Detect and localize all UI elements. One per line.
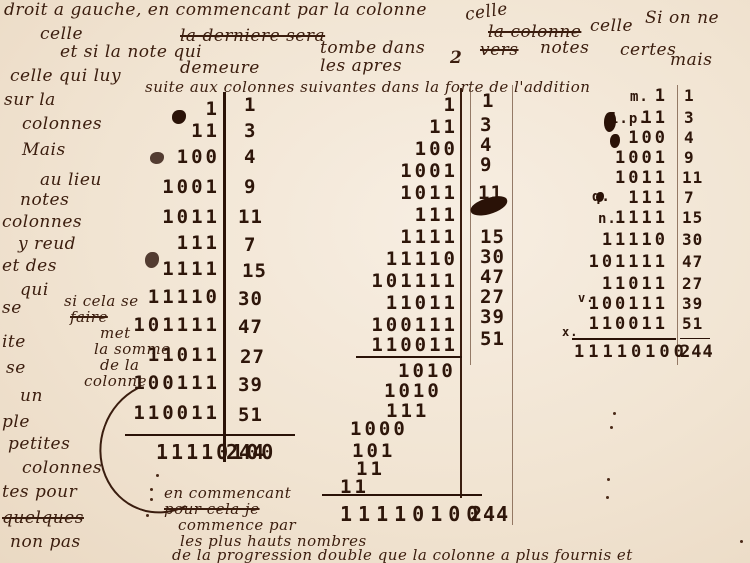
- binary-value: 1011: [615, 170, 668, 187]
- sum-line: [680, 338, 710, 339]
- decimal-value: 51: [238, 406, 263, 425]
- decimal-value: 11: [682, 170, 703, 186]
- decimal-value: 3: [244, 122, 256, 141]
- decimal-value: 27: [480, 288, 505, 307]
- margin-note: se: [6, 360, 26, 377]
- margin-note: se: [2, 300, 22, 317]
- sum-line: [125, 434, 295, 436]
- decimal-value: 3: [480, 116, 492, 135]
- margin-note: au lieu: [40, 172, 102, 189]
- binary-value: 101111: [133, 316, 220, 335]
- dot-mark: [607, 478, 610, 481]
- dot-mark: [150, 498, 153, 501]
- binary-value: 11110: [386, 250, 458, 269]
- header-line-2-c: celle: [464, 1, 509, 24]
- sum-binary: 11110100: [340, 504, 484, 524]
- annotation-line: faire: [70, 310, 108, 325]
- ink-blot: [610, 134, 620, 148]
- header-line-3-d: notes: [540, 40, 589, 57]
- binary-value: 100111: [133, 374, 220, 393]
- sum-line: [572, 338, 676, 340]
- header-line-5-a: celle qui luy: [10, 68, 121, 85]
- ink-blot: [150, 152, 164, 164]
- header-line-4-c: 2: [450, 50, 462, 67]
- decimal-value: 4: [244, 148, 256, 167]
- dot-mark: [606, 496, 609, 499]
- binary-value: 111: [628, 190, 668, 207]
- header-line-4-d: mais: [670, 52, 712, 69]
- decimal-value: 51: [682, 316, 703, 332]
- margin-note: non pas: [10, 534, 81, 551]
- carry-value: 1010: [384, 382, 442, 401]
- margin-note: et des: [2, 258, 57, 275]
- decimal-value: 47: [480, 268, 505, 287]
- sum-decimal: 244: [680, 344, 714, 361]
- binary-value: 1111: [615, 210, 668, 227]
- carry-value: 1010: [398, 362, 456, 381]
- ink-blot: [604, 112, 616, 132]
- binary-value: 1111: [400, 228, 458, 247]
- binary-value: 1011: [162, 208, 220, 227]
- binary-value: 110011: [133, 404, 220, 423]
- margin-note: tes pour: [2, 484, 77, 501]
- decimal-value: 47: [682, 254, 703, 270]
- binary-value: 100111: [589, 296, 668, 313]
- column-divider: [223, 92, 226, 462]
- binary-value: 100111: [371, 316, 458, 335]
- ink-blot: [172, 110, 186, 124]
- dot-mark: [150, 488, 153, 491]
- header-line-1: droit a gauche, en commencant par la col…: [4, 2, 427, 19]
- header-line-3-e: certes: [620, 42, 676, 59]
- margin-note: un: [20, 388, 43, 405]
- binary-value: 1: [444, 96, 458, 115]
- binary-value: 100: [415, 140, 458, 159]
- margin-note: Mais: [22, 142, 66, 159]
- dot-mark: [613, 412, 616, 415]
- header-line-5-b: suite aux colonnes suivantes dans la for…: [145, 80, 590, 95]
- binary-value: 1011: [400, 184, 458, 203]
- decimal-value: 4: [480, 136, 492, 155]
- decimal-value: 4: [684, 130, 695, 146]
- margin-note: ite: [2, 334, 26, 351]
- binary-value: 110011: [371, 336, 458, 355]
- decimal-value: 39: [682, 296, 703, 312]
- binary-value: 11: [429, 118, 458, 137]
- dot-mark: [610, 426, 613, 429]
- sum-decimal: 244: [226, 442, 265, 462]
- binary-value: 11110: [602, 232, 668, 249]
- dot-mark: [156, 474, 159, 477]
- binary-value: 101111: [589, 254, 668, 271]
- row-label: x.: [562, 326, 578, 338]
- carry-value: 1000: [350, 420, 408, 439]
- annotation-line: met: [100, 326, 131, 341]
- column-divider: [460, 88, 462, 498]
- decimal-value: 39: [238, 376, 263, 395]
- binary-value: 11011: [386, 294, 458, 313]
- header-line-4-a: demeure: [180, 60, 260, 77]
- decimal-value: 51: [480, 330, 505, 349]
- margin-note: notes: [20, 192, 69, 209]
- margin-note: quelques: [2, 510, 84, 527]
- sum-binary: 11110100: [574, 344, 688, 361]
- header-line-2-e: celle: [590, 18, 633, 35]
- binary-value: 100: [628, 130, 668, 147]
- decimal-value: 39: [480, 308, 505, 327]
- column-divider: [470, 85, 471, 365]
- decimal-value: 15: [242, 262, 267, 281]
- binary-value: 11011: [602, 276, 668, 293]
- decimal-value: 27: [682, 276, 703, 292]
- ink-blot: [145, 252, 159, 268]
- binary-value: 1: [655, 88, 668, 105]
- margin-note: colonnes: [2, 214, 82, 231]
- binary-value: 111: [177, 234, 220, 253]
- header-line-6: sur la: [4, 92, 56, 109]
- header-line-3-b: tombe dans: [320, 40, 425, 57]
- header-line-2-f: Si on ne: [645, 10, 719, 27]
- binary-value: 1001: [400, 162, 458, 181]
- decimal-value: 27: [240, 348, 265, 367]
- column-divider: [677, 85, 678, 365]
- header-line-4-b: les apres: [320, 58, 402, 75]
- margin-note: ple: [2, 414, 30, 431]
- decimal-value: 9: [244, 178, 256, 197]
- binary-value: 11011: [148, 346, 220, 365]
- annotation-line: de la: [100, 358, 140, 373]
- manuscript-page: droit a gauche, en commencant par la col…: [0, 0, 750, 563]
- binary-value: 11: [191, 122, 220, 141]
- decimal-value: 1: [482, 92, 494, 111]
- dot-mark: [146, 514, 149, 517]
- decimal-value: 9: [480, 156, 492, 175]
- dot-mark: [740, 540, 743, 543]
- decimal-value: 30: [682, 232, 703, 248]
- bottom-line-1: en commencant: [164, 486, 291, 501]
- binary-value: 110011: [589, 316, 668, 333]
- sum-decimal: 244: [470, 504, 509, 524]
- binary-value: 1111: [162, 260, 220, 279]
- carry-value: 11: [340, 478, 369, 497]
- decimal-value: 1: [684, 88, 695, 104]
- binary-value: 1001: [615, 150, 668, 167]
- decimal-value: 15: [682, 210, 703, 226]
- binary-value: 1: [206, 100, 220, 119]
- bottom-line-3: commence par: [178, 518, 296, 533]
- binary-value: 101111: [371, 272, 458, 291]
- decimal-value: 7: [244, 236, 256, 255]
- margin-note: y reud: [18, 236, 76, 253]
- margin-note: petites: [8, 436, 70, 453]
- binary-value: 100: [177, 148, 220, 167]
- row-label: m.: [630, 90, 649, 104]
- row-label: n.: [598, 212, 617, 226]
- decimal-value: 11: [238, 208, 263, 227]
- margin-note: colonnes: [22, 460, 102, 477]
- annotation-line: si cela se: [64, 294, 139, 309]
- margin-note: colonnes: [22, 116, 102, 133]
- decimal-value: 47: [238, 318, 263, 337]
- bottom-line-2: pour cela je: [164, 502, 260, 517]
- decimal-value: 30: [480, 248, 505, 267]
- decimal-value: 1: [244, 96, 256, 115]
- binary-value: 11: [642, 110, 668, 127]
- ink-blot: [469, 193, 510, 218]
- decimal-value: 7: [684, 190, 695, 206]
- decimal-value: 9: [684, 150, 695, 166]
- binary-value: 11110: [148, 288, 220, 307]
- decimal-value: 3: [684, 110, 695, 126]
- header-line-2-a: celle: [40, 26, 83, 43]
- sum-line: [356, 356, 462, 358]
- margin-note: qui: [20, 282, 49, 299]
- decimal-value: 30: [238, 290, 263, 309]
- binary-value: 111: [415, 206, 458, 225]
- header-line-3-c: vers: [480, 42, 519, 59]
- column-divider: [512, 85, 513, 525]
- decimal-value: 15: [480, 228, 505, 247]
- bottom-line-5: de la progression double que la colonne …: [172, 548, 633, 563]
- binary-value: 1001: [162, 178, 220, 197]
